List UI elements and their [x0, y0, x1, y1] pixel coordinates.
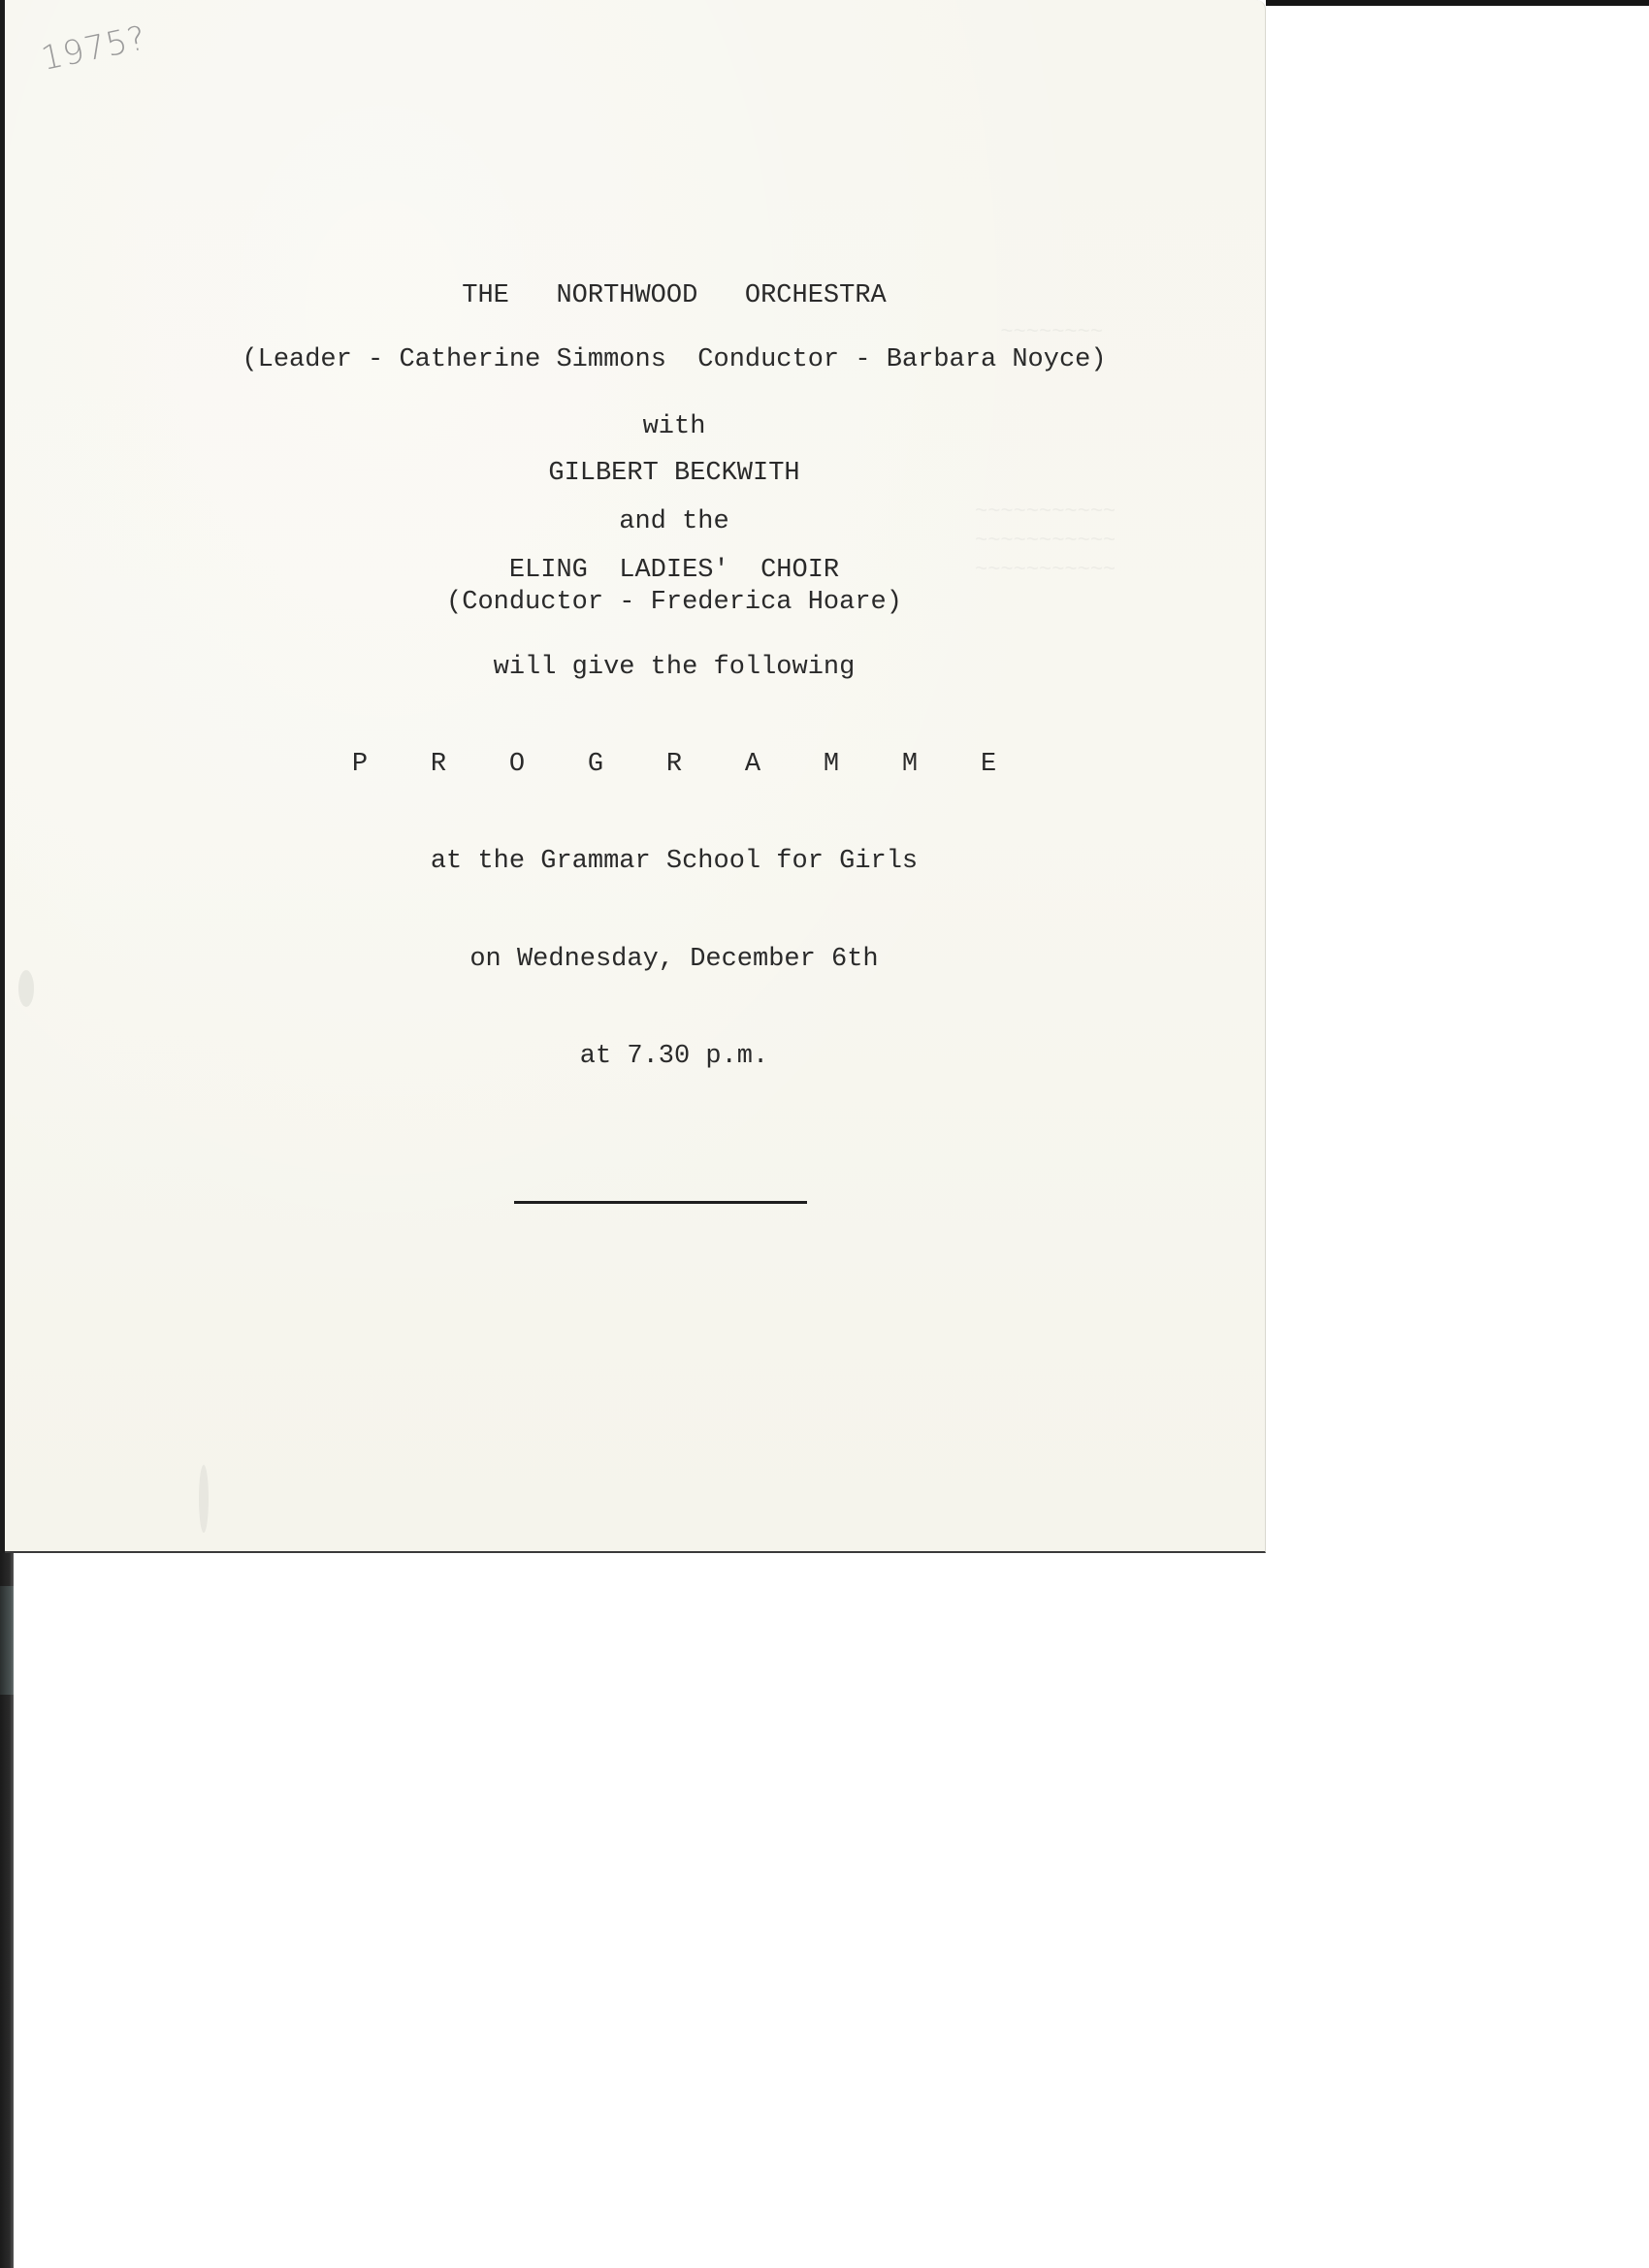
- scan-border-light-band: [0, 1586, 14, 1695]
- programme-heading: P R O G R A M M E: [0, 752, 1348, 778]
- time-line: at 7.30 p.m.: [0, 1044, 1348, 1070]
- orchestra-title: THE NORTHWOOD ORCHESTRA: [0, 283, 1348, 309]
- smudge-mark: [18, 970, 34, 1007]
- choir-conductor-line: (Conductor - Frederica Hoare): [0, 590, 1348, 616]
- scan-border-top: [1266, 0, 1649, 6]
- venue-line: at the Grammar School for Girls: [0, 849, 1348, 875]
- with-line: with: [0, 414, 1348, 440]
- soloist-name: GILBERT BECKWITH: [0, 461, 1348, 487]
- date-line: on Wednesday, December 6th: [0, 947, 1348, 973]
- leader-conductor-line: (Leader - Catherine Simmons Conductor - …: [0, 347, 1348, 373]
- horizontal-rule: [514, 1201, 807, 1204]
- show-through-text: ~~~~~~~~: [975, 320, 1103, 344]
- scan-border-left-lower: [0, 1553, 14, 2268]
- choir-name: ELING LADIES' CHOIR: [0, 558, 1348, 584]
- and-the-line: and the: [0, 509, 1348, 535]
- smudge-mark: [199, 1465, 209, 1533]
- will-give-line: will give the following: [0, 655, 1348, 681]
